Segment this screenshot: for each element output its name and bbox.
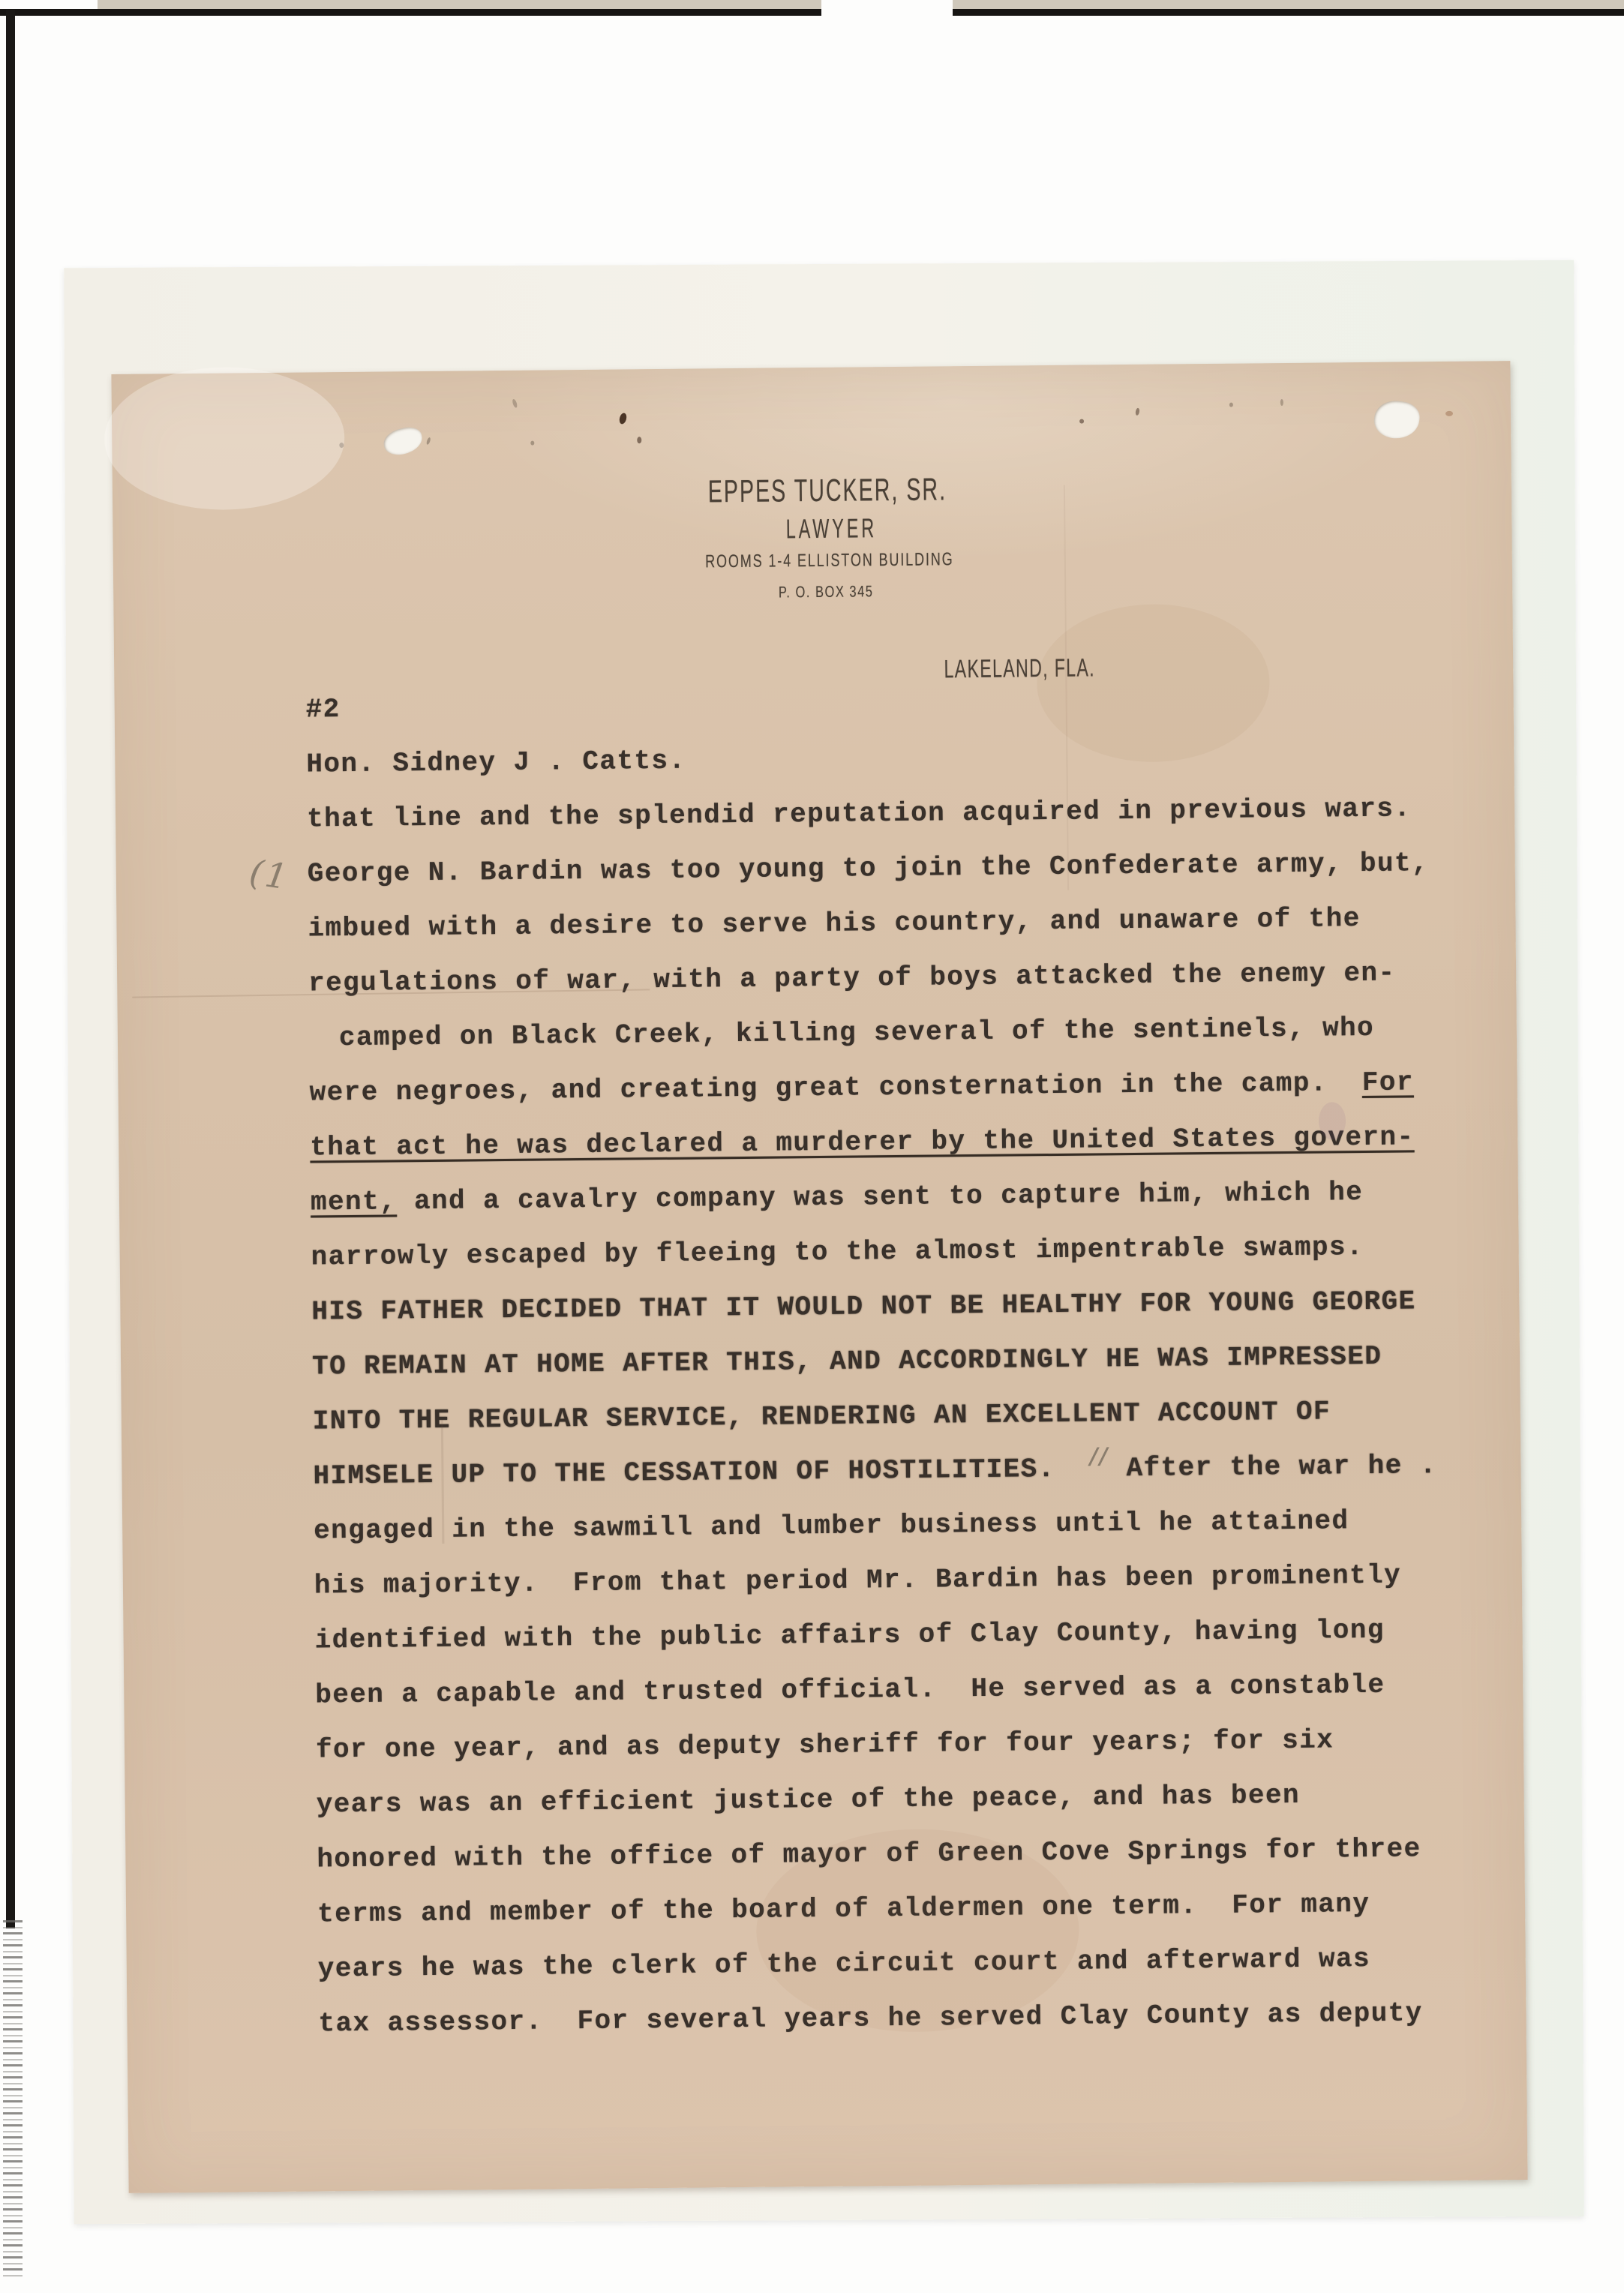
ink-speck [618, 413, 627, 425]
letterhead-address-line2: P. O. BOX 345 [779, 583, 874, 602]
scanned-letter-page: EPPES TUCKER, SR. LAWYER ROOMS 1-4 ELLIS… [0, 0, 1624, 2293]
pencil-speck [1229, 403, 1233, 407]
pencil-inline-mark: // [1089, 1443, 1109, 1469]
paper-tear-hole [381, 425, 425, 458]
ink-speck [1135, 408, 1140, 416]
pencil-margin-mark: (1 [247, 851, 293, 897]
scanner-edge-left-line [6, 10, 15, 1928]
stain [1319, 1102, 1346, 1139]
stain-speck [1445, 411, 1453, 416]
typed-line: been a capable and trusted official. He … [315, 1656, 1523, 1722]
letterhead-name: EPPES TUCKER, SR. [708, 471, 947, 509]
letter-paper: EPPES TUCKER, SR. LAWYER ROOMS 1-4 ELLIS… [111, 361, 1527, 2193]
scanner-top-white-notch [821, 0, 953, 18]
pencil-speck [1280, 399, 1283, 406]
scanner-edge-top-line [0, 9, 1624, 16]
typed-line: TO REMAIN AT HOME AFTER THIS, AND ACCORD… [312, 1328, 1520, 1394]
letterhead-title: LAWYER [786, 512, 878, 545]
letterhead-address-line1: ROOMS 1-4 ELLISTON BUILDING [705, 549, 954, 572]
worn-corner [104, 366, 345, 511]
paper-tear-hole [1372, 398, 1421, 441]
ink-speck [637, 437, 641, 443]
pencil-speck [530, 441, 534, 446]
ink-speck [1079, 419, 1084, 424]
pencil-speck [512, 398, 518, 408]
pencil-speck [426, 437, 431, 446]
scanner-edge-speckle [3, 1920, 23, 2280]
